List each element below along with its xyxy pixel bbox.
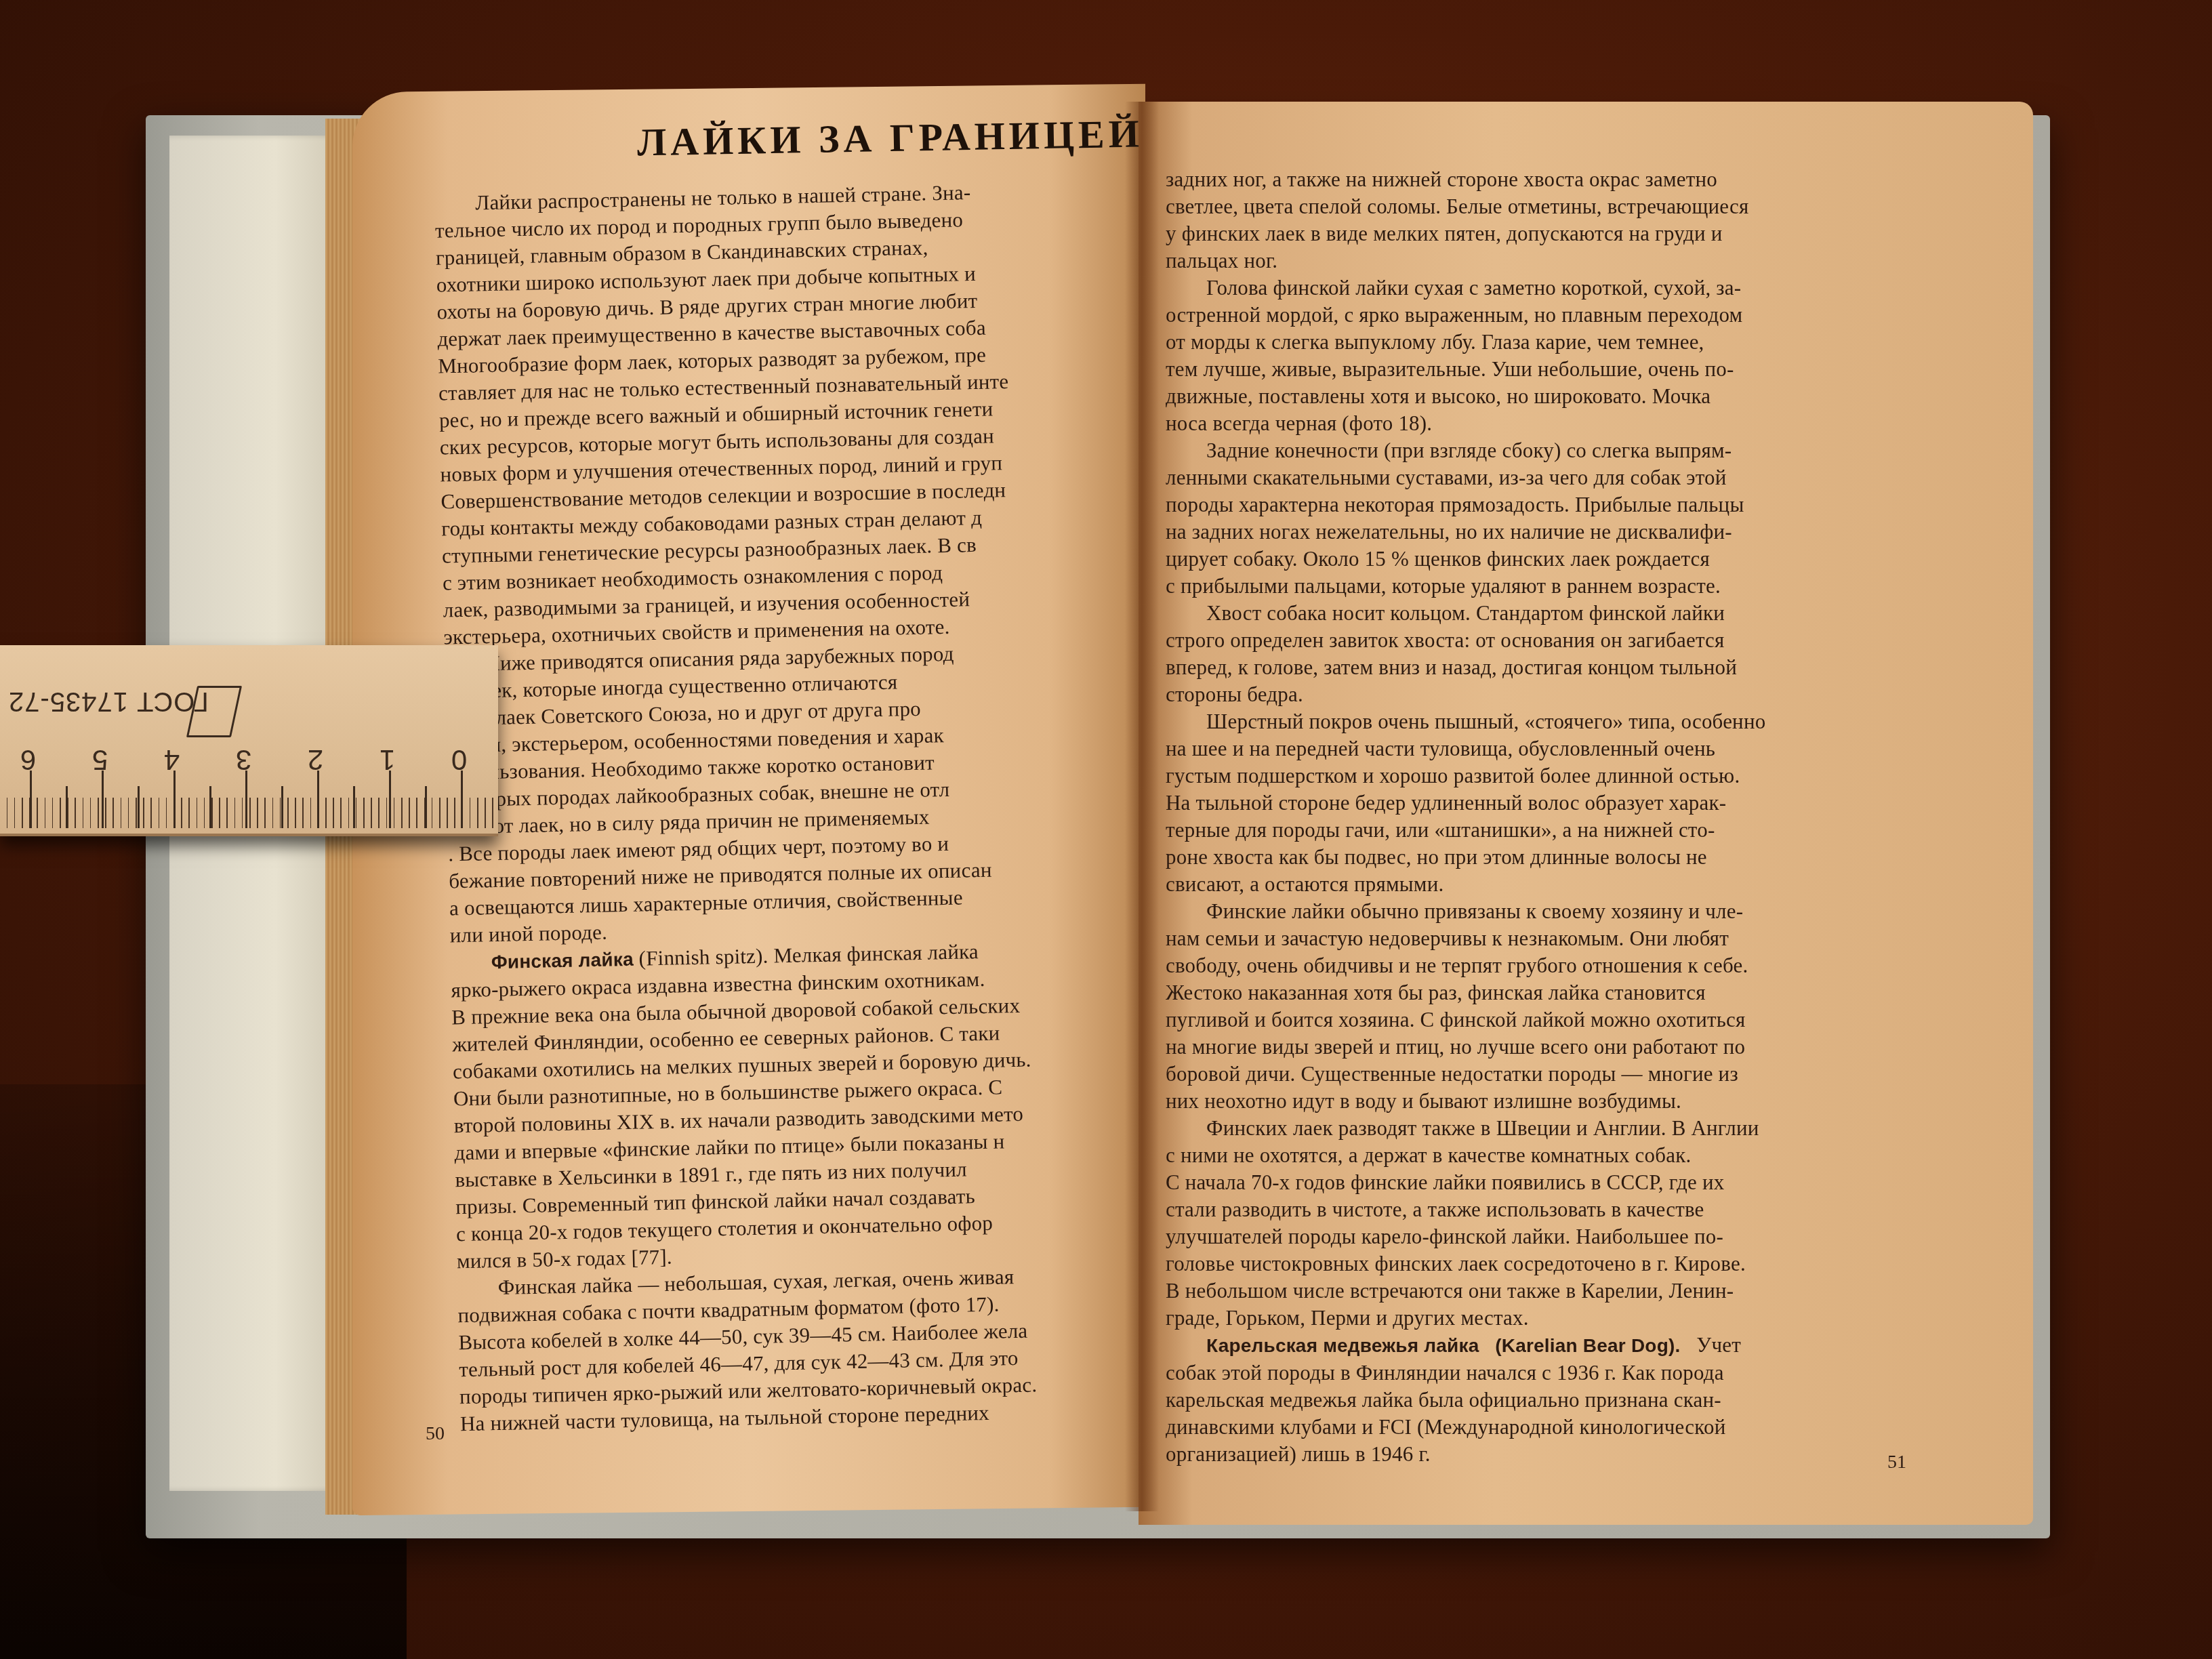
ruler-mm-ticks	[0, 760, 498, 828]
text-line: свободу, очень обидчивы и не терпят груб…	[1166, 952, 1938, 979]
text-line: собак этой породы в Финляндии начался с …	[1166, 1359, 1938, 1387]
finnish-spitz-description: Финская лайка — небольшая, сухая, легкая…	[457, 1261, 1138, 1437]
text-line: на многие виды зверей и птиц, но лучше в…	[1166, 1033, 1938, 1061]
text-line: головье чистокровных финских лаек сосред…	[1166, 1250, 1938, 1277]
text-line: динавскими клубами и FCI (Международной …	[1166, 1414, 1938, 1441]
section-heading-finnish: Финская лайка	[491, 949, 634, 972]
text-line: Финских лаек разводят также в Швеции и А…	[1166, 1115, 1938, 1142]
text-line: густым подшерстком и хорошо развитой бол…	[1166, 762, 1938, 790]
ruler-half-cm-tick	[281, 786, 283, 828]
text-line: улучшателей породы карело-финской лайки.…	[1166, 1223, 1938, 1250]
section-heading-finnish-latin: (Finnish spitz).	[638, 944, 769, 970]
text-line: породы характерна некоторая прямозадость…	[1166, 491, 1938, 518]
wooden-ruler: ГОСТ 17435-72 0123456	[0, 645, 498, 836]
text-line: Жестоко наказанная хотя бы раз, финская …	[1166, 979, 1938, 1006]
text-line: граде, Горьком, Перми и других местах.	[1166, 1305, 1938, 1332]
left-intro-paragraphs: Лайки распространены не только в нашей с…	[434, 176, 1128, 949]
text-line: Хвост собака носит кольцом. Стандартом ф…	[1166, 600, 1938, 627]
text-line: них неохотно идут в воду и бывают излишн…	[1166, 1088, 1938, 1115]
ruler-standard-label: ГОСТ 17435-72	[8, 686, 209, 716]
text-line: ленными скакательными суставами, из-за ч…	[1166, 464, 1938, 491]
ruler-cm-tick	[30, 771, 32, 828]
text-line: стороны бедра.	[1166, 681, 1938, 708]
text-line: боровой дичи. Существенные недостатки по…	[1166, 1061, 1938, 1088]
ruler-half-cm-tick	[138, 786, 140, 828]
text-line: терные для породы гачи, или «штанишки», …	[1166, 817, 1938, 844]
ruler-half-cm-tick	[425, 786, 427, 828]
text-line: свисают, а остаются прямыми.	[1166, 871, 1938, 898]
ruler-half-cm-tick	[209, 786, 211, 828]
ruler-cm-tick	[102, 771, 104, 828]
chapter-title: ЛАЙКИ ЗА ГРАНИЦЕЙ	[636, 110, 1143, 165]
ruler-cm-tick	[317, 771, 319, 828]
text-line: вперед, к голове, затем вниз и назад, до…	[1166, 654, 1938, 681]
text-line: пальцах ног.	[1166, 247, 1938, 274]
ruler-half-cm-tick	[353, 786, 355, 828]
text-line: от морды к слегка выпуклому лбу. Глаза к…	[1166, 329, 1938, 356]
karelian-first-word: Учет	[1696, 1333, 1741, 1357]
ruler-half-cm-tick	[66, 786, 68, 828]
section-heading-karelian: Карельская медвежья лайка	[1206, 1335, 1479, 1356]
text-line: на шее и на передней части туловища, обу…	[1166, 735, 1938, 762]
text-line: тем лучше, живые, выразительные. Уши неб…	[1166, 356, 1938, 383]
text-line: На тыльной стороне бедер удлиненный воло…	[1166, 790, 1938, 817]
right-page-text: задних ног, а также на нижней стороне хв…	[1166, 166, 1938, 1468]
page-number-left: 50	[426, 1423, 445, 1445]
text-line: с ними не охотятся, а держат в качестве …	[1166, 1142, 1938, 1169]
text-line: нам семьи и зачастую недоверчивы к незна…	[1166, 925, 1938, 952]
left-page-text: Лайки распространены не только в нашей с…	[434, 176, 1138, 1438]
text-line: остренной мордой, с ярко выраженным, но …	[1166, 302, 1938, 329]
ruler-cm-tick	[245, 771, 247, 828]
text-line: носа всегда черная (фото 18).	[1166, 410, 1938, 437]
text-line: светлее, цвета спелой соломы. Белые отме…	[1166, 193, 1938, 220]
karelian-heading-line: Карельская медвежья лайка (Karelian Bear…	[1166, 1332, 1938, 1359]
finnish-spitz-paragraph: ярко-рыжего окраса издавна известна финс…	[451, 962, 1134, 1275]
text-line: задних ног, а также на нижней стороне хв…	[1166, 166, 1938, 193]
text-line: у финских лаек в виде мелких пятен, допу…	[1166, 220, 1938, 247]
text-line: пугливой и боится хозяина. С финской лай…	[1166, 1006, 1938, 1033]
karelian-paragraph: собак этой породы в Финляндии начался с …	[1166, 1359, 1938, 1468]
text-line: В небольшом числе встречаются они также …	[1166, 1277, 1938, 1305]
text-line: на задних ногах нежелательны, но их нали…	[1166, 518, 1938, 546]
text-line: цирует собаку. Около 15 % щенков финских…	[1166, 546, 1938, 573]
text-line: Задние конечности (при взгляде сбоку) со…	[1166, 437, 1938, 464]
text-line: с прибылыми пальцами, которые удаляют в …	[1166, 573, 1938, 600]
ruler-cm-tick	[173, 771, 176, 828]
text-line: Голова финской лайки сухая с заметно кор…	[1166, 274, 1938, 302]
text-line: организацией) лишь в 1946 г.	[1166, 1441, 1938, 1468]
text-line: Шерстный покров очень пышный, «стоячего»…	[1166, 708, 1938, 735]
right-page-paragraphs: задних ног, а также на нижней стороне хв…	[1166, 166, 1938, 1332]
text-line: стали разводить в чистоте, а также испол…	[1166, 1196, 1938, 1223]
section-first-line: Мелкая финская лайка	[773, 939, 979, 967]
text-line: карельская медвежья лайка была официальн…	[1166, 1387, 1938, 1414]
section-heading-karelian-latin: (Karelian Bear Dog).	[1495, 1335, 1680, 1356]
ruler-cm-tick	[461, 771, 463, 828]
text-line: роне хвоста как бы подвес, но при этом д…	[1166, 844, 1938, 871]
text-line: строго определен завиток хвоста: от осно…	[1166, 627, 1938, 654]
page-number-right: 51	[1887, 1452, 1906, 1473]
ruler-cm-tick	[389, 771, 391, 828]
text-line: Финские лайки обычно привязаны к своему …	[1166, 898, 1938, 925]
text-line: движные, поставлены хотя и высоко, но ши…	[1166, 383, 1938, 410]
text-line: С начала 70-х годов финские лайки появил…	[1166, 1169, 1938, 1196]
